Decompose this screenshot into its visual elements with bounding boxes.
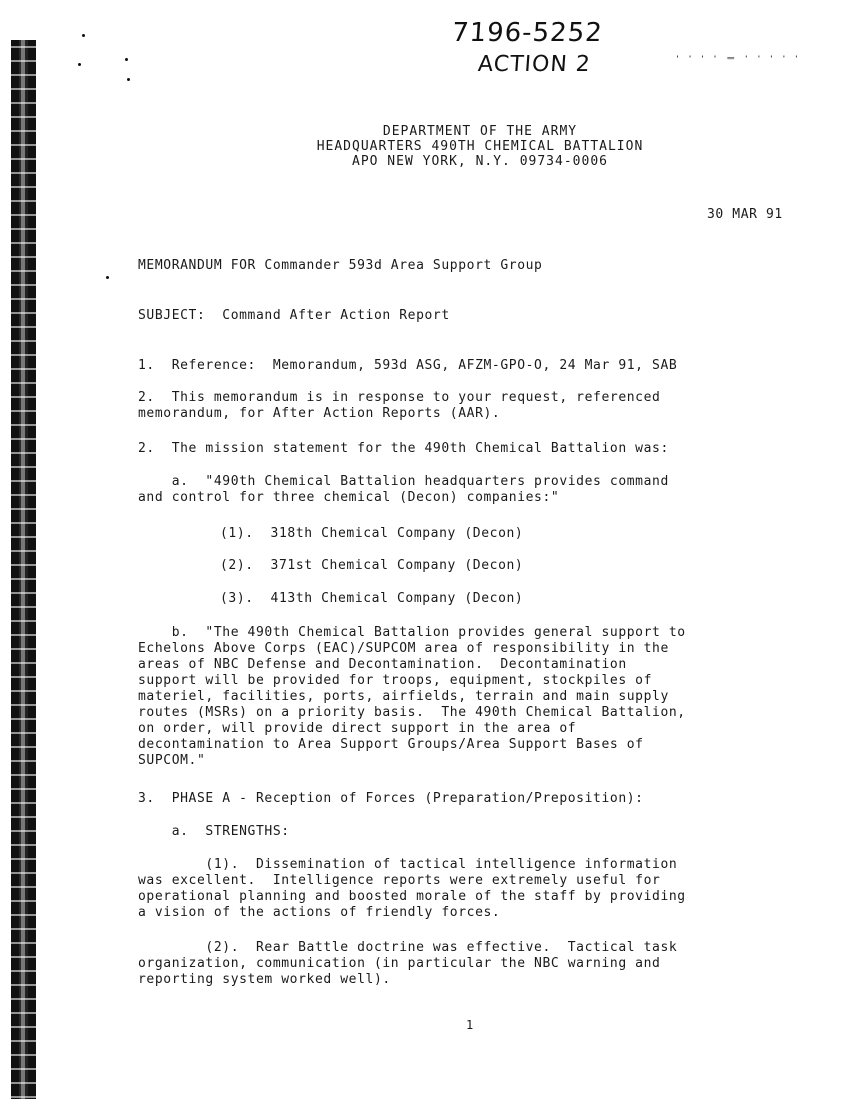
- handwritten-number: 7196-5252: [451, 18, 604, 48]
- paragraph-purpose: 2. This memorandum is in response to you…: [138, 390, 660, 422]
- speck: [82, 34, 85, 37]
- paragraph-reference: 1. Reference: Memorandum, 593d ASG, AFZM…: [138, 358, 677, 374]
- binding-strip: [11, 40, 36, 1099]
- speck: [125, 58, 128, 61]
- strength-item-1: (1). Dissemination of tactical intellige…: [138, 857, 686, 921]
- paragraph-mission-b: b. "The 490th Chemical Battalion provide…: [138, 625, 686, 769]
- company-item: (3). 413th Chemical Company (Decon): [220, 591, 523, 607]
- paragraph-mission-a: a. "490th Chemical Battalion headquarter…: [138, 474, 669, 506]
- strength-item-2: (2). Rear Battle doctrine was effective.…: [138, 940, 677, 988]
- memo-recipient: MEMORANDUM FOR Commander 593d Area Suppo…: [138, 258, 542, 274]
- speck: [127, 78, 130, 81]
- speck: [78, 63, 81, 66]
- paragraph-mission-intro: 2. The mission statement for the 490th C…: [138, 441, 669, 457]
- memo-subject: SUBJECT: Command After Action Report: [138, 308, 450, 324]
- strengths-heading: a. STRENGTHS:: [138, 824, 290, 840]
- letterhead-department: DEPARTMENT OF THE ARMY: [200, 124, 760, 140]
- letterhead-headquarters: HEADQUARTERS 490TH CHEMICAL BATTALION: [200, 139, 760, 155]
- company-item: (2). 371st Chemical Company (Decon): [220, 558, 523, 574]
- paragraph-phase-a: 3. PHASE A - Reception of Forces (Prepar…: [138, 791, 644, 807]
- handwritten-action: ACTION 2: [477, 52, 591, 77]
- page-number: 1: [466, 1018, 473, 1032]
- letterhead-address: APO NEW YORK, N.Y. 09734-0006: [200, 154, 760, 170]
- speck: [106, 276, 109, 279]
- company-item: (1). 318th Chemical Company (Decon): [220, 526, 523, 542]
- faint-stamp-mark: ' ' ' ' = ' ' ' ' ': [676, 55, 801, 63]
- memo-date: 30 MAR 91: [707, 207, 783, 223]
